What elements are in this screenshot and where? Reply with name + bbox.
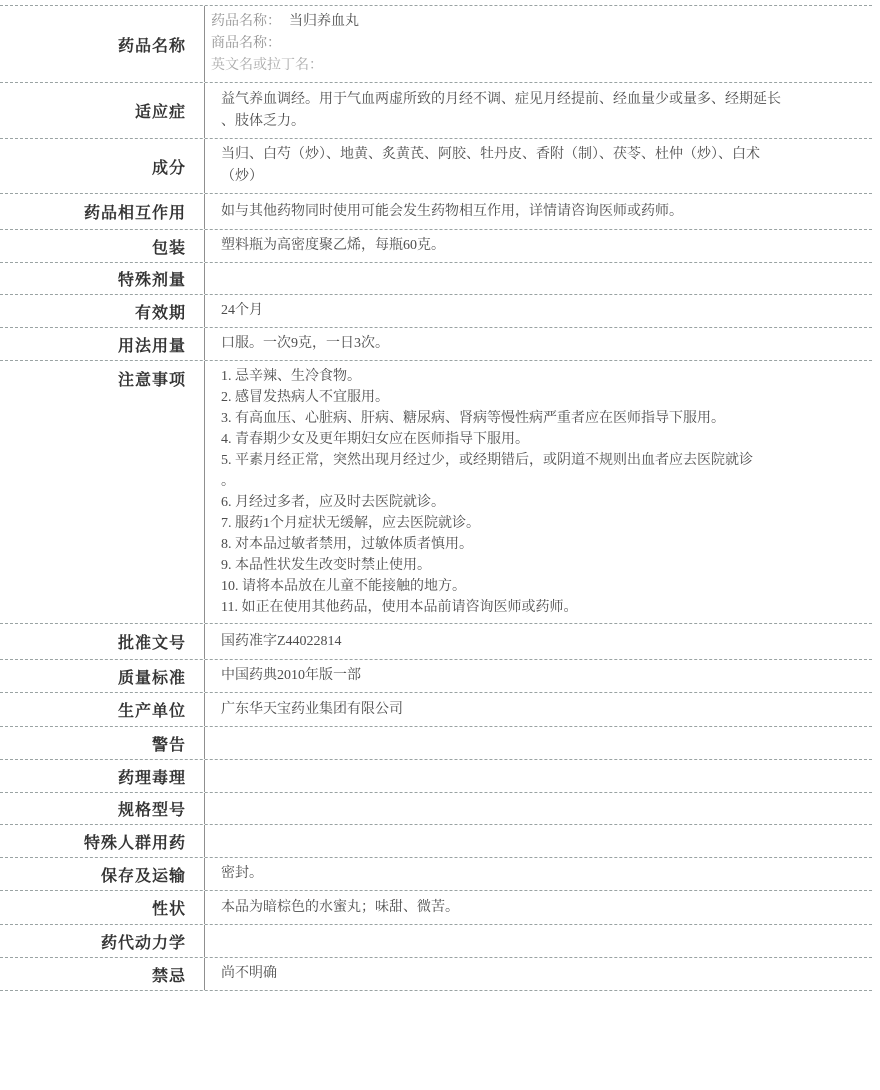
row-value: 广东华天宝药业集团有限公司: [205, 693, 872, 726]
text-line: 尚不明确: [221, 963, 277, 985]
row-value: [205, 727, 872, 759]
row-label: 适应症: [0, 83, 205, 138]
precaution-item: 11. 如正在使用其他药品，使用本品前请咨询医师或药师。: [221, 597, 753, 618]
drug-name-field: 药品名称：当归养血丸: [211, 11, 359, 33]
row-label: 包装: [0, 230, 205, 262]
trade-name-field: 商品名称：: [211, 33, 359, 55]
row-label: 规格型号: [0, 793, 205, 824]
precaution-item: 2. 感冒发热病人不宜服用。: [221, 387, 753, 408]
field-value: 当归养血丸: [289, 14, 359, 29]
text-line: 如与其他药物同时使用可能会发生药物相互作用，详情请咨询医师或药师。: [221, 201, 683, 223]
row-value: 当归、白芍（炒）、地黄、炙黄芪、阿胶、牡丹皮、香附（制）、茯苓、杜仲（炒）、白术…: [205, 139, 872, 193]
row-quality-standard: 质量标准 中国药典2010年版一部: [0, 660, 872, 693]
text-line: 当归、白芍（炒）、地黄、炙黄芪、阿胶、牡丹皮、香附（制）、茯苓、杜仲（炒）、白术: [221, 144, 760, 166]
row-label: 药理毒理: [0, 760, 205, 792]
row-manufacturer: 生产单位 广东华天宝药业集团有限公司: [0, 693, 872, 727]
precaution-item: 3. 有高血压、心脏病、肝病、糖尿病、肾病等慢性病严重者应在医师指导下服用。: [221, 408, 753, 429]
row-specification: 规格型号: [0, 793, 872, 825]
row-value: 国药准字Z44022814: [205, 624, 872, 659]
row-label: 药代动力学: [0, 925, 205, 957]
precaution-item: 5. 平素月经正常，突然出现月经过少，或经期错后，或阴道不规则出血者应去医院就诊: [221, 450, 753, 471]
text-line: 益气养血调经。用于气血两虚所致的月经不调、症见月经提前、经血量少或量多、经期延长: [221, 89, 781, 111]
row-label: 特殊剂量: [0, 263, 205, 294]
row-precautions: 注意事项 1. 忌辛辣、生冷食物。 2. 感冒发热病人不宜服用。 3. 有高血压…: [0, 361, 872, 624]
row-pharmacokinetics: 药代动力学: [0, 925, 872, 958]
english-name-field: 英文名或拉丁名：: [211, 55, 359, 77]
row-label: 保存及运输: [0, 858, 205, 890]
field-key: 商品名称：: [211, 36, 281, 51]
precaution-item: 1. 忌辛辣、生冷食物。: [221, 366, 753, 387]
row-pharmacology-toxicology: 药理毒理: [0, 760, 872, 793]
row-drug-interactions: 药品相互作用 如与其他药物同时使用可能会发生药物相互作用，详情请咨询医师或药师。: [0, 194, 872, 230]
row-special-populations: 特殊人群用药: [0, 825, 872, 858]
row-label: 警告: [0, 727, 205, 759]
row-label: 质量标准: [0, 660, 205, 692]
row-value: 药品名称：当归养血丸 商品名称： 英文名或拉丁名：: [205, 6, 872, 82]
text-line: 24个月: [221, 300, 263, 322]
text-line: 本品为暗棕色的水蜜丸；味甜、微苦。: [221, 897, 459, 919]
precaution-item: 10. 请将本品放在儿童不能接触的地方。: [221, 576, 753, 597]
row-label: 生产单位: [0, 693, 205, 726]
row-value: 益气养血调经。用于气血两虚所致的月经不调、症见月经提前、经血量少或量多、经期延长…: [205, 83, 872, 138]
row-value: 24个月: [205, 295, 872, 327]
precaution-item: 8. 对本品过敏者禁用，过敏体质者慎用。: [221, 534, 753, 555]
row-value: [205, 825, 872, 857]
row-label: 成分: [0, 139, 205, 193]
row-properties: 性状 本品为暗棕色的水蜜丸；味甜、微苦。: [0, 891, 872, 925]
precaution-item: 9. 本品性状发生改变时禁止使用。: [221, 555, 753, 576]
row-special-dosage: 特殊剂量: [0, 263, 872, 295]
row-label: 药品名称: [0, 6, 205, 82]
row-storage-transport: 保存及运输 密封。: [0, 858, 872, 891]
field-key: 药品名称：: [211, 14, 281, 29]
row-dosage-usage: 用法用量 口服。一次9克，一日3次。: [0, 328, 872, 361]
row-label: 禁忌: [0, 958, 205, 990]
row-drug-name: 药品名称 药品名称：当归养血丸 商品名称： 英文名或拉丁名：: [0, 6, 872, 83]
row-value: [205, 263, 872, 294]
row-value: [205, 925, 872, 957]
row-packaging: 包装 塑料瓶为高密度聚乙烯，每瓶60克。: [0, 230, 872, 263]
row-value: 密封。: [205, 858, 872, 890]
text-line: （炒）: [221, 166, 760, 188]
row-contraindications: 禁忌 尚不明确: [0, 958, 872, 991]
row-warning: 警告: [0, 727, 872, 760]
row-value: [205, 760, 872, 792]
text-line: 塑料瓶为高密度聚乙烯，每瓶60克。: [221, 235, 445, 257]
field-key: 英文名或拉丁名：: [211, 58, 323, 73]
row-value: 1. 忌辛辣、生冷食物。 2. 感冒发热病人不宜服用。 3. 有高血压、心脏病、…: [205, 361, 872, 623]
row-shelf-life: 有效期 24个月: [0, 295, 872, 328]
row-indications: 适应症 益气养血调经。用于气血两虚所致的月经不调、症见月经提前、经血量少或量多、…: [0, 83, 872, 139]
drug-info-table: 药品名称 药品名称：当归养血丸 商品名称： 英文名或拉丁名： 适应症 益气养血调…: [0, 5, 872, 991]
row-value: [205, 793, 872, 824]
text-line: 广东华天宝药业集团有限公司: [221, 699, 403, 721]
row-label: 性状: [0, 891, 205, 924]
text-line: 口服。一次9克，一日3次。: [221, 333, 389, 355]
row-label: 有效期: [0, 295, 205, 327]
row-value: 本品为暗棕色的水蜜丸；味甜、微苦。: [205, 891, 872, 924]
precaution-item: 6. 月经过多者，应及时去医院就诊。: [221, 492, 753, 513]
row-label: 特殊人群用药: [0, 825, 205, 857]
precaution-item: 7. 服药1个月症状无缓解，应去医院就诊。: [221, 513, 753, 534]
row-label: 注意事项: [0, 361, 205, 623]
precaution-item: 。: [221, 471, 753, 492]
text-line: 中国药典2010年版一部: [221, 665, 361, 687]
row-label: 用法用量: [0, 328, 205, 360]
row-ingredients: 成分 当归、白芍（炒）、地黄、炙黄芪、阿胶、牡丹皮、香附（制）、茯苓、杜仲（炒）…: [0, 139, 872, 194]
text-line: 密封。: [221, 863, 263, 885]
text-line: 、肢体乏力。: [221, 111, 781, 133]
row-approval-number: 批准文号 国药准字Z44022814: [0, 624, 872, 660]
row-value: 中国药典2010年版一部: [205, 660, 872, 692]
row-label: 药品相互作用: [0, 194, 205, 229]
row-value: 塑料瓶为高密度聚乙烯，每瓶60克。: [205, 230, 872, 262]
row-value: 如与其他药物同时使用可能会发生药物相互作用，详情请咨询医师或药师。: [205, 194, 872, 229]
text-line: 国药准字Z44022814: [221, 631, 342, 653]
precaution-item: 4. 青春期少女及更年期妇女应在医师指导下服用。: [221, 429, 753, 450]
row-label: 批准文号: [0, 624, 205, 659]
row-value: 口服。一次9克，一日3次。: [205, 328, 872, 360]
row-value: 尚不明确: [205, 958, 872, 990]
